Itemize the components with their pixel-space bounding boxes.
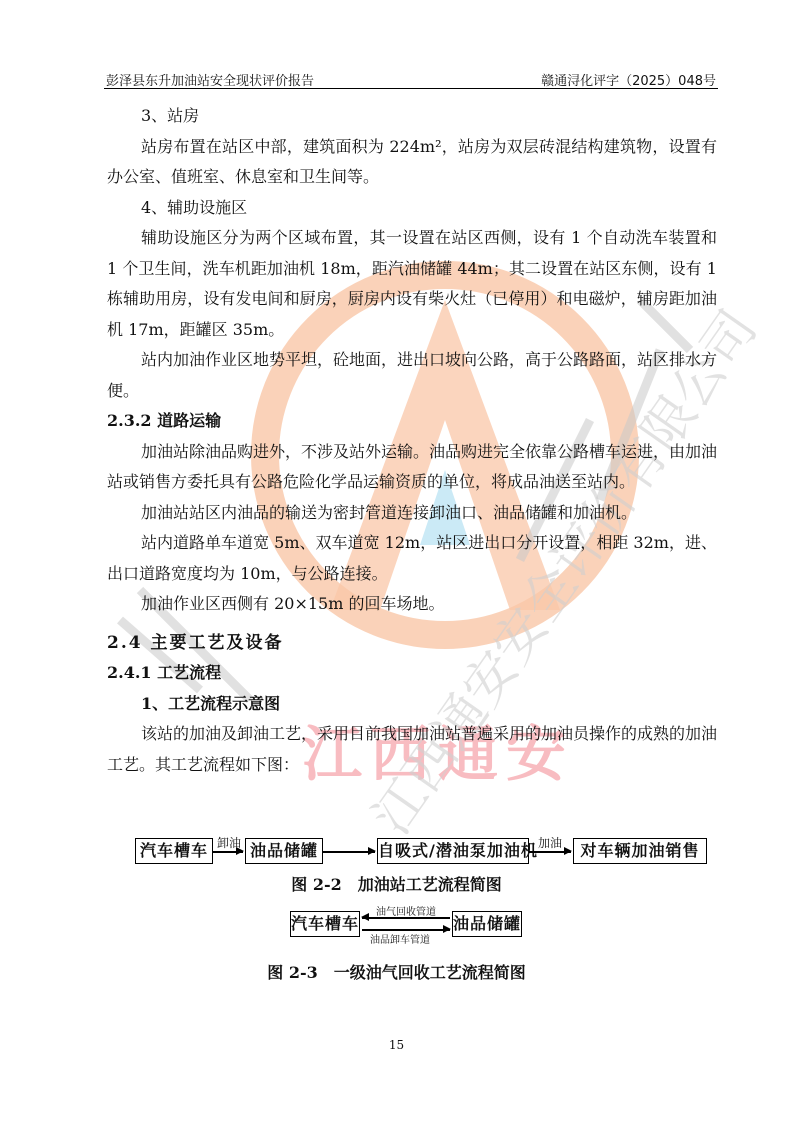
document-body: 3、站房 站房布置在站区中部，建筑面积为 224m²，站房为双层砖混结构建筑物，…	[107, 101, 717, 780]
vapor-recovery-diagram: 汽车槽车 油气回收管道 油品卸车管道 油品储罐	[290, 903, 530, 943]
paragraph: 站房布置在站区中部，建筑面积为 224m²，站房为双层砖混结构建筑物，设置有办公…	[107, 132, 717, 193]
arrow-right-icon	[213, 851, 243, 853]
paragraph: 站内道路单车道宽 5m、双车道宽 12m，站区进出口分开设置，相距 32m，进、…	[107, 528, 717, 589]
figure-caption-2-2: 图 2-2 加油站工艺流程简图	[0, 872, 793, 895]
flow-box-storage-tank: 油品储罐	[452, 911, 522, 937]
process-flow-diagram: 汽车槽车 卸油 油品储罐 自吸式/潜油泵加油机 加油 对车辆加油销售	[135, 838, 715, 864]
paragraph: 站内加油作业区地势平坦，砼地面，进出口坡向公路，高于公路路面，站区排水方便。	[107, 345, 717, 406]
document-page: 江西通安 江西通安安全评价有限公司 彭泽县东升加油站安全现状评价报告 赣通浔化评…	[0, 0, 793, 1122]
arrow-label-refuel: 加油	[538, 834, 562, 851]
report-title: 彭泽县东升加油站安全现状评价报告	[106, 70, 314, 89]
label-unloading-pipe: 油品卸车管道	[370, 931, 430, 946]
page-header: 彭泽县东升加油站安全现状评价报告 赣通浔化评字（2025）048号	[104, 66, 718, 89]
subsection-title-auxiliary: 4、辅助设施区	[107, 193, 717, 224]
label-vapor-recovery-pipe: 油气回收管道	[376, 903, 436, 918]
report-number: 赣通浔化评字（2025）048号	[541, 70, 716, 89]
flow-box-dispenser: 自吸式/潜油泵加油机	[377, 838, 529, 864]
paragraph: 加油站站区内油品的输送为密封管道连接卸油口、油品储罐和加油机。	[107, 498, 717, 529]
flow-box-tanker: 汽车槽车	[290, 911, 360, 937]
paragraph: 加油作业区西侧有 20×15m 的回车场地。	[107, 589, 717, 620]
subsection-title-station-house: 3、站房	[107, 101, 717, 132]
heading-2-3-2: 2.3.2 道路运输	[107, 406, 717, 437]
arrow-label-unload: 卸油	[217, 834, 241, 851]
arrow-right-icon	[529, 851, 571, 853]
paragraph: 辅助设施区分为两个区域布置，其一设置在站区西侧，设有 1 个自动洗车装置和 1 …	[107, 223, 717, 345]
paragraph: 该站的加油及卸油工艺，采用目前我国加油站普遍采用的加油员操作的成熟的加油工艺。其…	[107, 719, 717, 780]
subsection-title-flow-diagram: 1、工艺流程示意图	[107, 689, 717, 720]
page-number: 15	[0, 1038, 793, 1052]
heading-2-4-1: 2.4.1 工艺流程	[107, 658, 717, 689]
figure-caption-2-3: 图 2-3 一级油气回收工艺流程简图	[0, 960, 793, 983]
heading-2-4: 2.4 主要工艺及设备	[107, 628, 717, 659]
arrow-right-icon	[323, 851, 375, 853]
flow-box-sales: 对车辆加油销售	[573, 838, 707, 864]
paragraph: 加油站除油品购进外，不涉及站外运输。油品购进完全依靠公路槽车运进，由加油站或销售…	[107, 437, 717, 498]
arrow-left-icon	[362, 917, 450, 919]
flow-box-tanker: 汽车槽车	[135, 838, 213, 864]
flow-box-storage-tank: 油品储罐	[245, 838, 323, 864]
